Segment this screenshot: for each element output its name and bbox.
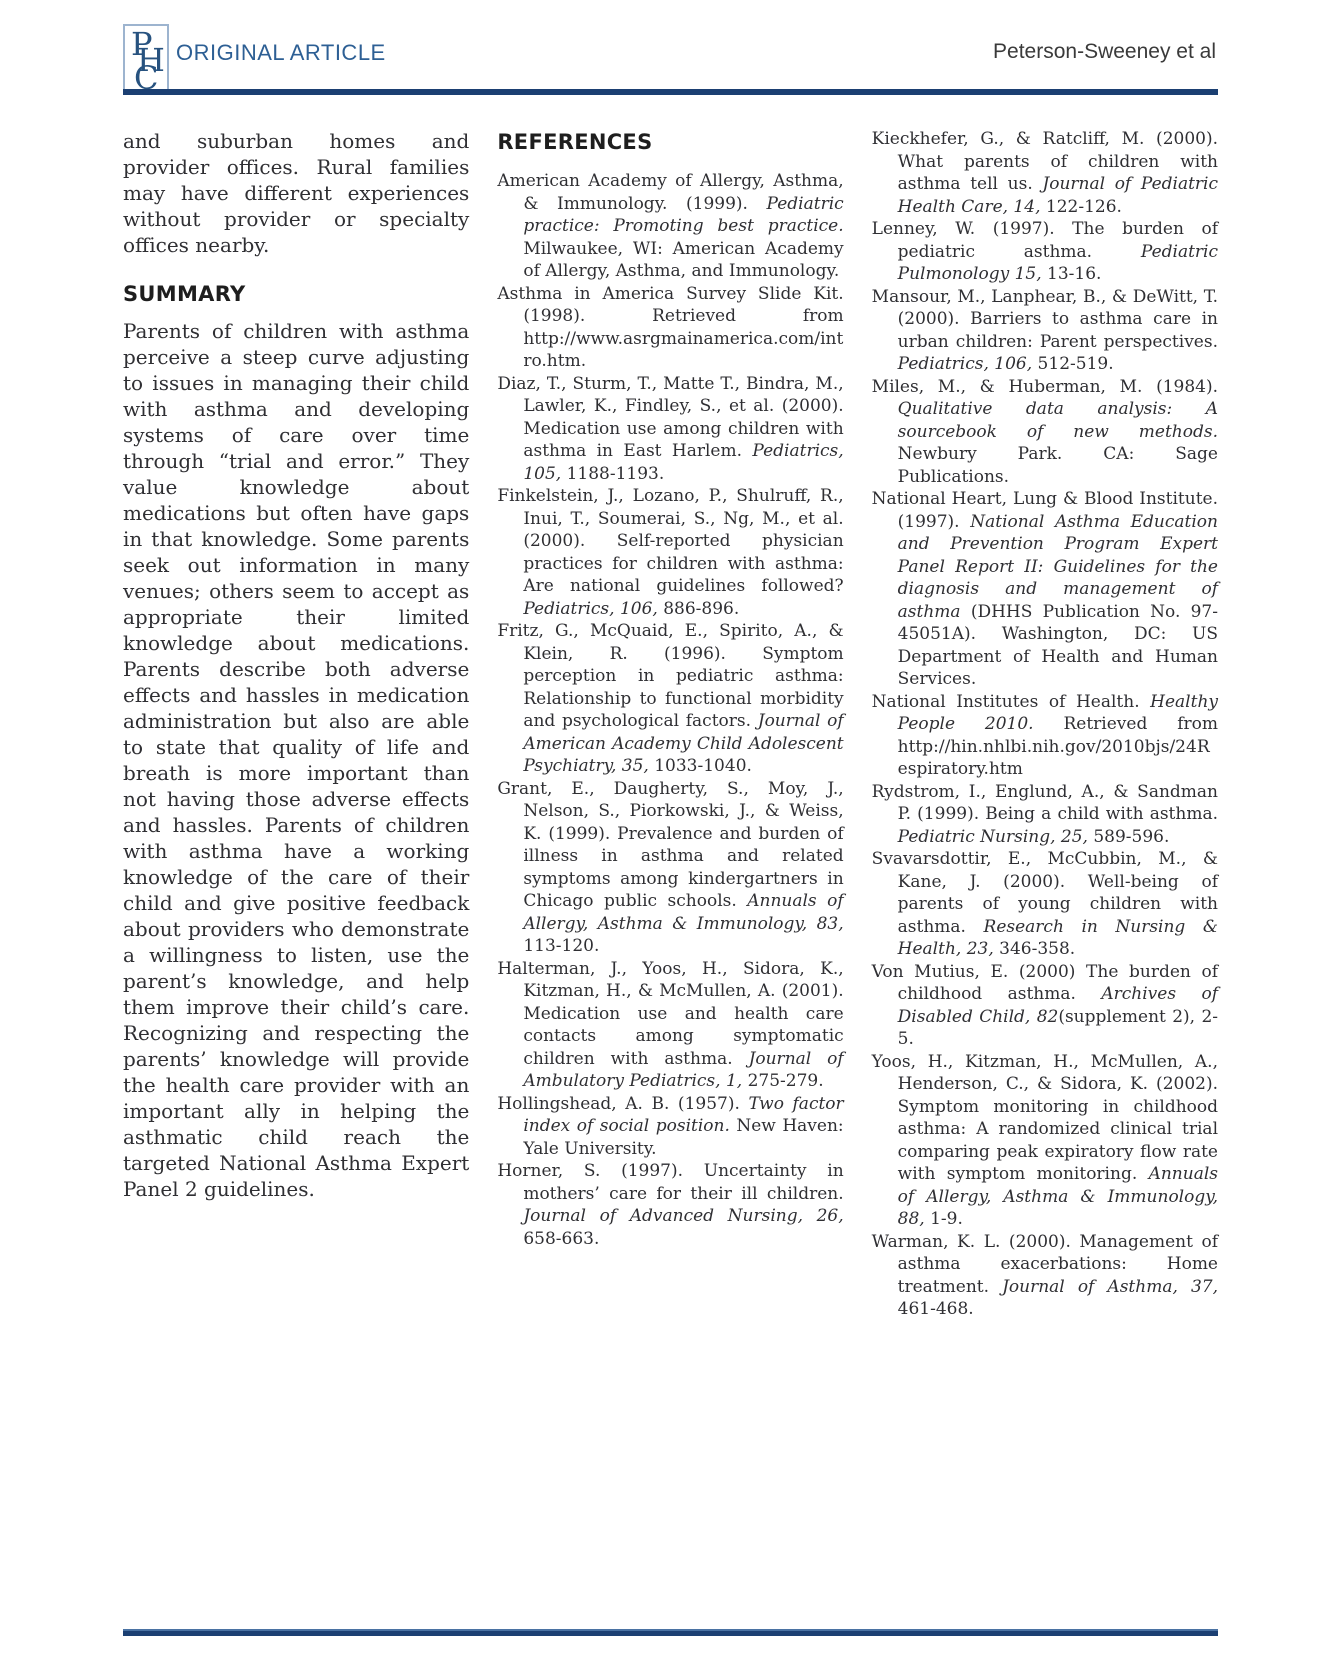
references-heading: REFERENCES [497, 130, 843, 154]
summary-paragraph: Parents of children with asthma perceive… [123, 318, 469, 1202]
reference-entry: Kieckhefer, G., & Ratcliff, M. (2000). W… [872, 128, 1218, 218]
continuation-paragraph: and suburban homes and provider offices.… [123, 128, 469, 258]
reference-entry: Grant, E., Daugherty, S., Moy, J., Nelso… [497, 778, 843, 958]
footer-rule [123, 1629, 1218, 1636]
reference-entry: Lenney, W. (1997). The burden of pediatr… [872, 218, 1218, 286]
reference-entry: Hollingshead, A. B. (1957). Two factor i… [497, 1093, 843, 1161]
left-column: and suburban homes and provider offices.… [123, 128, 469, 1321]
reference-entry: Asthma in America Survey Slide Kit. (199… [497, 283, 843, 373]
reference-entry: Rydstrom, I., Englund, A., & Sandman P. … [872, 781, 1218, 849]
reference-entry: National Institutes of Health. Healthy P… [872, 691, 1218, 781]
journal-page: P H C ORIGINAL ARTICLE Peterson-Sweeney … [0, 0, 1344, 1654]
reference-entry: Von Mutius, E. (2000) The burden of chil… [872, 961, 1218, 1051]
phc-journal-logo: P H C [123, 24, 169, 94]
summary-heading: SUMMARY [123, 282, 469, 306]
header-divider-rule [123, 89, 1218, 95]
references-list-part-1: American Academy of Allergy, Asthma, & I… [497, 170, 843, 1250]
reference-entry: Svavarsdottir, E., McCubbin, M., & Kane,… [872, 848, 1218, 961]
reference-entry: Yoos, H., Kitzman, H., McMullen, A., Hen… [872, 1051, 1218, 1231]
reference-entry: Diaz, T., Sturm, T., Matte T., Bindra, M… [497, 373, 843, 486]
reference-entry: Mansour, M., Lanphear, B., & DeWitt, T. … [872, 286, 1218, 376]
right-column: Kieckhefer, G., & Ratcliff, M. (2000). W… [872, 128, 1218, 1321]
reference-entry: Horner, S. (1997). Uncertainty in mother… [497, 1160, 843, 1250]
reference-entry: Finkelstein, J., Lozano, P., Shulruff, R… [497, 485, 843, 620]
reference-entry: Miles, M., & Huberman, M. (1984). Qualit… [872, 376, 1218, 489]
middle-column: REFERENCES American Academy of Allergy, … [497, 128, 843, 1321]
article-type-label: ORIGINAL ARTICLE [176, 40, 386, 66]
running-head: Peterson-Sweeney et al [993, 40, 1216, 64]
reference-entry: Fritz, G., McQuaid, E., Spirito, A., & K… [497, 620, 843, 778]
reference-entry: Halterman, J., Yoos, H., Sidora, K., Kit… [497, 958, 843, 1093]
reference-entry: Warman, K. L. (2000). Management of asth… [872, 1231, 1218, 1321]
reference-entry: National Heart, Lung & Blood Institute. … [872, 488, 1218, 691]
reference-entry: American Academy of Allergy, Asthma, & I… [497, 170, 843, 283]
article-body: and suburban homes and provider offices.… [123, 128, 1218, 1321]
references-list-part-2: Kieckhefer, G., & Ratcliff, M. (2000). W… [872, 128, 1218, 1321]
